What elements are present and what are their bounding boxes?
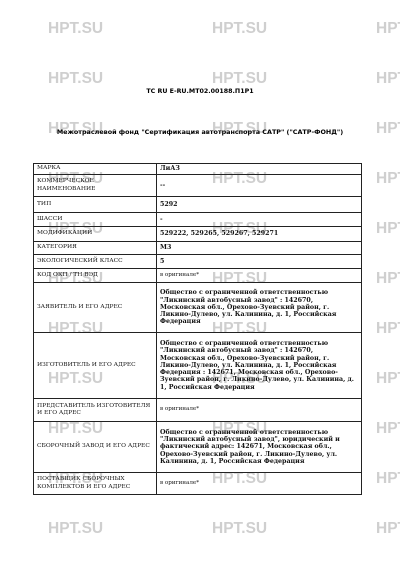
watermark-text: HPT.SU bbox=[376, 371, 400, 387]
field-value: в оригинале* bbox=[157, 399, 362, 422]
field-label: КАТЕГОРИЯ bbox=[34, 242, 157, 255]
watermark-text: HPT.SU bbox=[376, 21, 400, 37]
certificate-number: ТС RU E-RU.МТ02.00188.П1Р1 bbox=[0, 88, 400, 95]
field-value: - bbox=[157, 213, 362, 227]
field-label: ИЗГОТОВИТЕЛЬ И ЕГО АДРЕС bbox=[34, 333, 157, 399]
table-row: ПРЕДСТАВИТЕЛЬ ИЗГОТОВИТЕЛЯ И ЕГО АДРЕСв … bbox=[34, 399, 362, 422]
field-label: СБОРОЧНЫЙ ЗАВОД И ЕГО АДРЕС bbox=[34, 422, 157, 473]
field-label: ПРЕДСТАВИТЕЛЬ ИЗГОТОВИТЕЛЯ И ЕГО АДРЕС bbox=[34, 399, 157, 422]
field-value: ЛиАЗ bbox=[157, 164, 362, 175]
watermark-text: HPT.SU bbox=[48, 71, 103, 87]
field-value: -- bbox=[157, 175, 362, 197]
watermark-text: HPT.SU bbox=[376, 421, 400, 437]
table-row: КОД ОКП / ТН ВЭДв оригинале* bbox=[34, 269, 362, 283]
field-value: Общество с ограниченной ответственностью… bbox=[157, 333, 362, 399]
watermark-text: HPT.SU bbox=[376, 471, 400, 487]
field-label: КОММЕРЧЕСКОЕ НАИМЕНОВАНИЕ bbox=[34, 175, 157, 197]
watermark-text: HPT.SU bbox=[376, 271, 400, 287]
field-label: ЗАЯВИТЕЛЬ И ЕГО АДРЕС bbox=[34, 283, 157, 333]
field-value: М3 bbox=[157, 242, 362, 255]
table-row: ТИП5292 bbox=[34, 197, 362, 213]
field-value: Общество с ограниченной ответственностью… bbox=[157, 283, 362, 333]
watermark-text: HPT.SU bbox=[212, 71, 267, 87]
table-row: СБОРОЧНЫЙ ЗАВОД И ЕГО АДРЕСОбщество с ог… bbox=[34, 422, 362, 473]
watermark-text: HPT.SU bbox=[376, 221, 400, 237]
watermark-text: HPT.SU bbox=[376, 521, 400, 537]
table-row: МОДИФИКАЦИИ529222, 529265, 529267, 52927… bbox=[34, 227, 362, 242]
field-value: Общество с ограниченной ответственностью… bbox=[157, 422, 362, 473]
field-value: 5 bbox=[157, 255, 362, 269]
watermark-text: HPT.SU bbox=[48, 21, 103, 37]
field-label: ПОСТАВЩИК СБОРОЧНЫХ КОМПЛЕКТОВ И ЕГО АДР… bbox=[34, 473, 157, 495]
watermark-text: HPT.SU bbox=[376, 71, 400, 87]
field-value: в оригинале* bbox=[157, 269, 362, 283]
watermark-text: HPT.SU bbox=[48, 521, 103, 537]
field-label: МАРКА bbox=[34, 164, 157, 175]
watermark-text: HPT.SU bbox=[212, 21, 267, 37]
field-value: 529222, 529265, 529267, 529271 bbox=[157, 227, 362, 242]
field-value: в оригинале* bbox=[157, 473, 362, 495]
watermark-text: HPT.SU bbox=[376, 171, 400, 187]
table-row: ЭКОЛОГИЧЕСКИЙ КЛАСС5 bbox=[34, 255, 362, 269]
field-value: 5292 bbox=[157, 197, 362, 213]
table-row: КОММЕРЧЕСКОЕ НАИМЕНОВАНИЕ-- bbox=[34, 175, 362, 197]
table-row: КАТЕГОРИЯМ3 bbox=[34, 242, 362, 255]
watermark-text: HPT.SU bbox=[376, 321, 400, 337]
table-row: МАРКАЛиАЗ bbox=[34, 164, 362, 175]
table-row: ЗАЯВИТЕЛЬ И ЕГО АДРЕСОбщество с ограниче… bbox=[34, 283, 362, 333]
field-label: КОД ОКП / ТН ВЭД bbox=[34, 269, 157, 283]
certification-body-name: Межотраслевой фонд "Сертификация автотра… bbox=[0, 128, 400, 136]
vehicle-spec-table: МАРКАЛиАЗКОММЕРЧЕСКОЕ НАИМЕНОВАНИЕ--ТИП5… bbox=[33, 163, 362, 495]
table-row: ИЗГОТОВИТЕЛЬ И ЕГО АДРЕСОбщество с огран… bbox=[34, 333, 362, 399]
field-label: МОДИФИКАЦИИ bbox=[34, 227, 157, 242]
watermark-text: HPT.SU bbox=[212, 521, 267, 537]
field-label: ТИП bbox=[34, 197, 157, 213]
field-label: ЭКОЛОГИЧЕСКИЙ КЛАСС bbox=[34, 255, 157, 269]
table-row: ШАССИ- bbox=[34, 213, 362, 227]
table-row: ПОСТАВЩИК СБОРОЧНЫХ КОМПЛЕКТОВ И ЕГО АДР… bbox=[34, 473, 362, 495]
field-label: ШАССИ bbox=[34, 213, 157, 227]
